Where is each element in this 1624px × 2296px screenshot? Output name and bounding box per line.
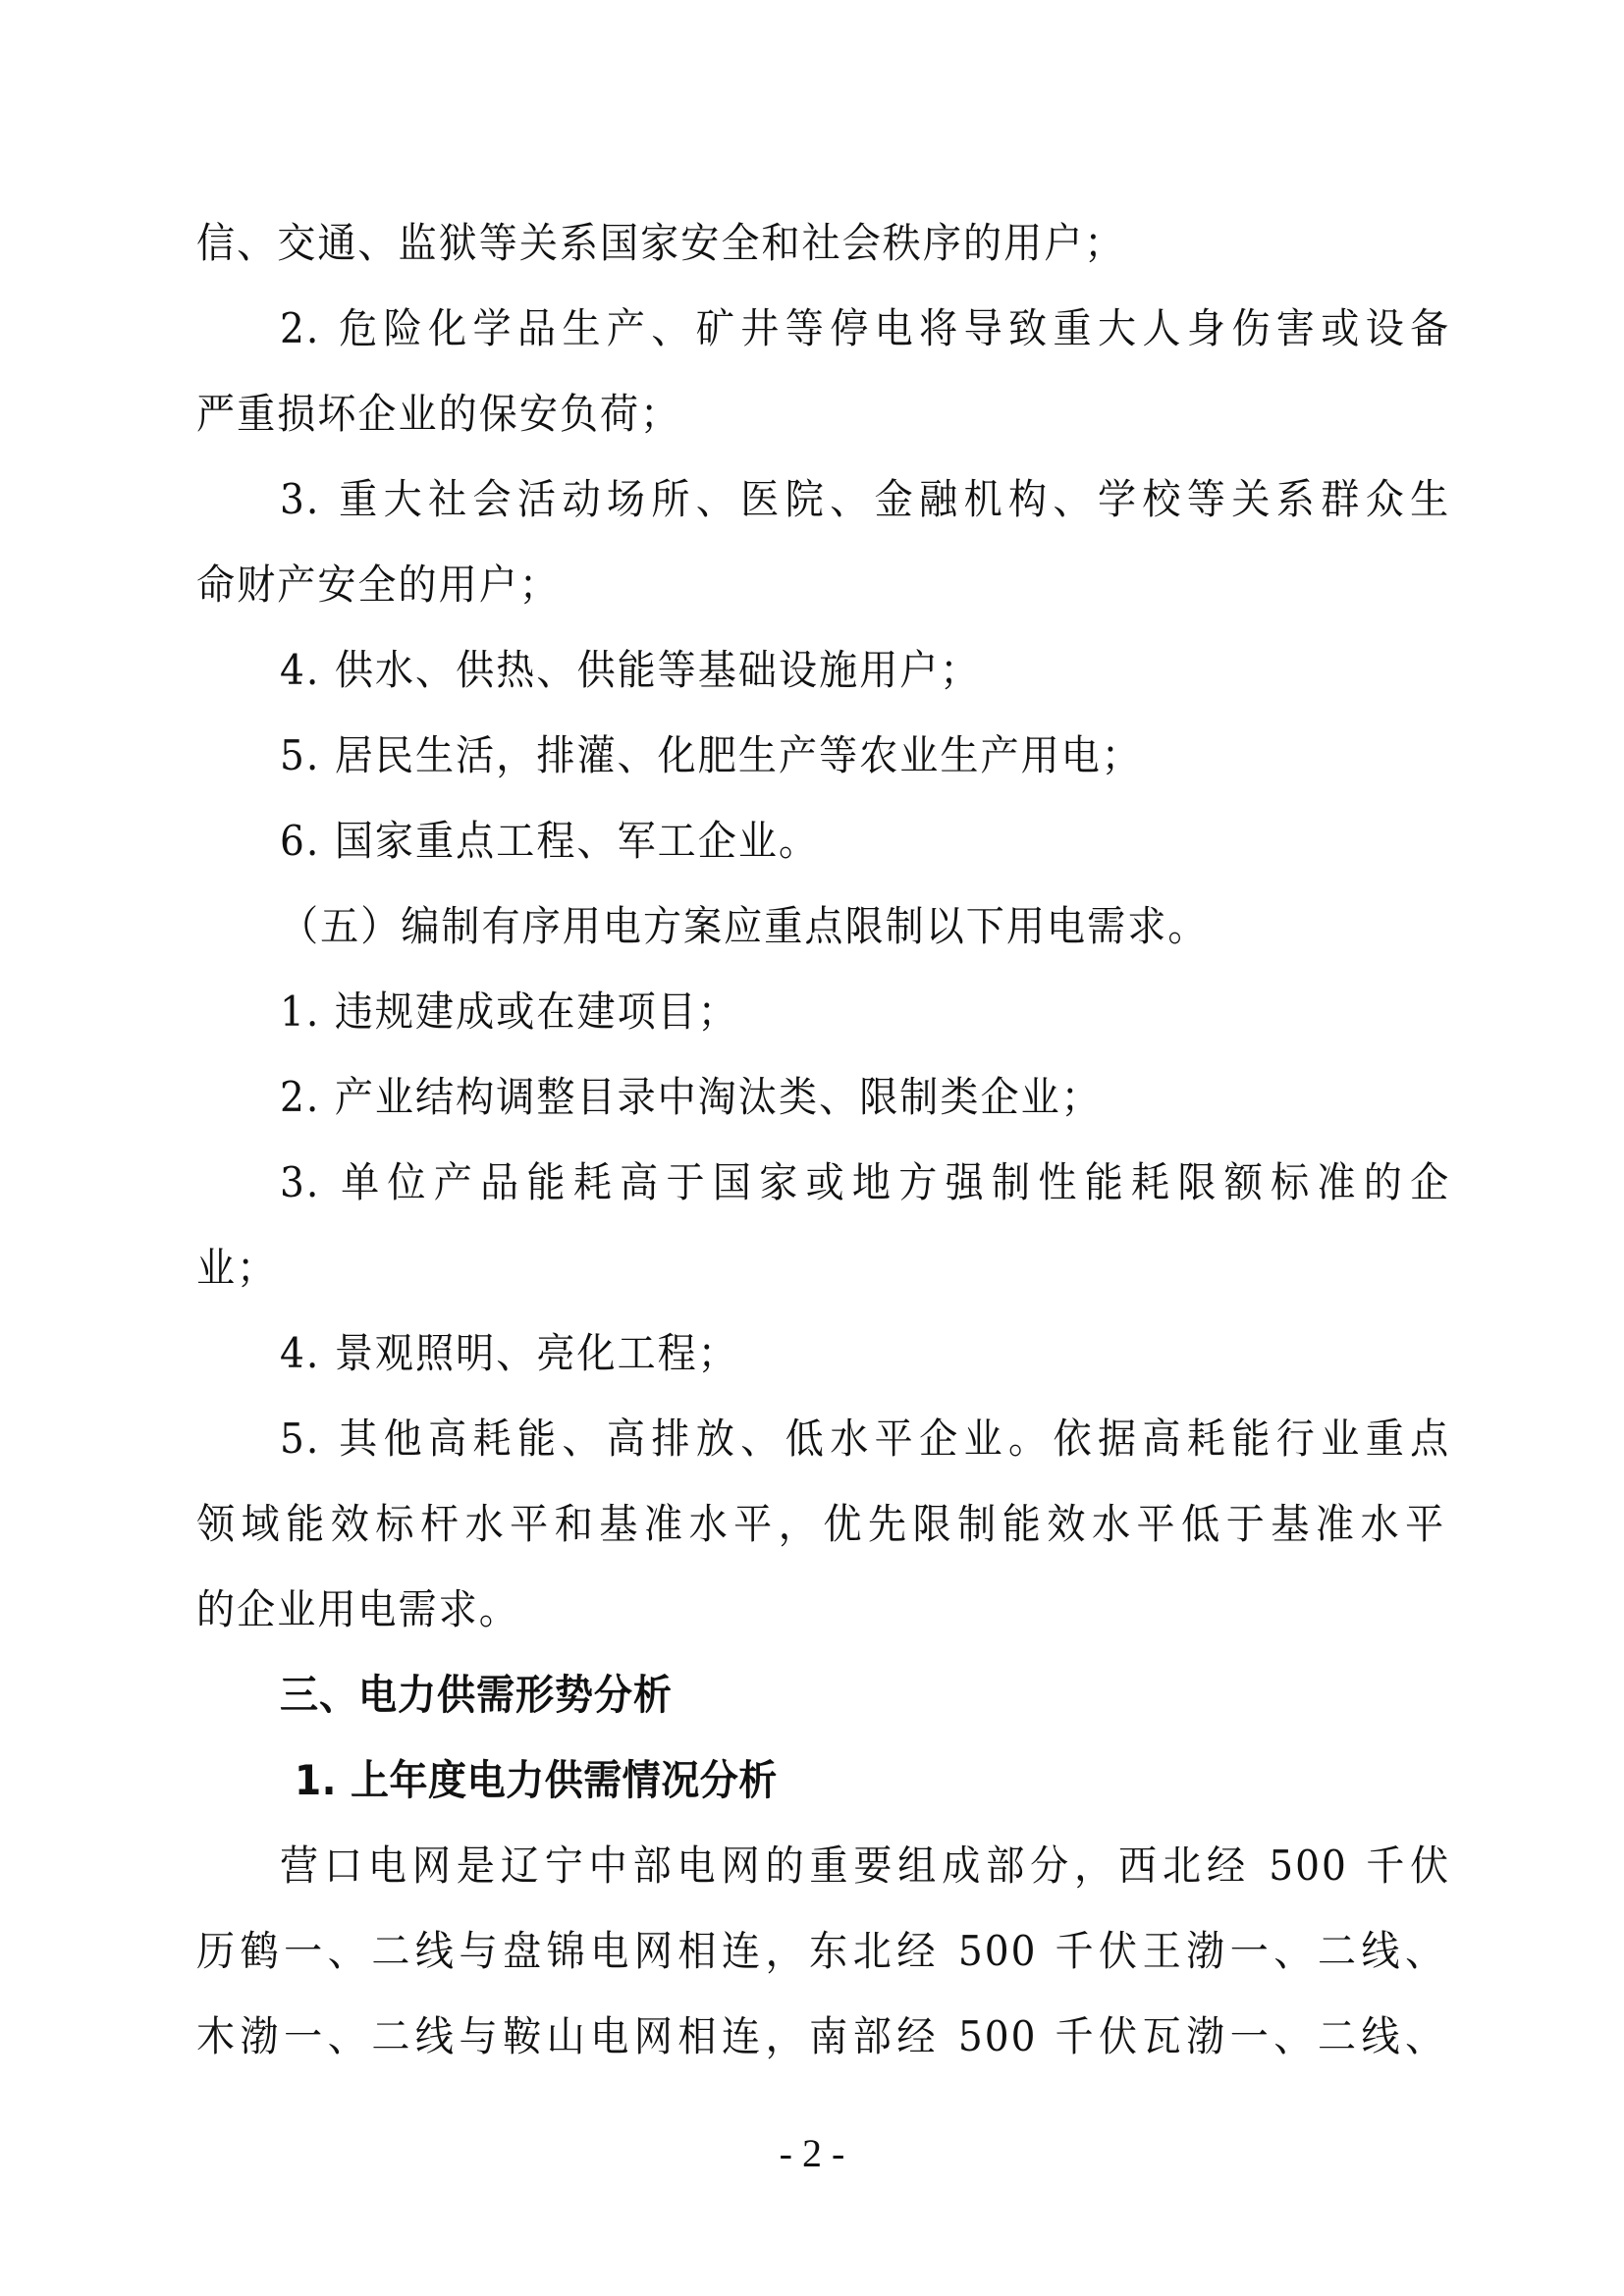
body-text-line: 严重损坏企业的保安负荷； <box>196 389 1356 440</box>
document-page: 信、交通、监狱等关系国家安全和社会秩序的用户； 2. 危险化学品生产、矿井等停电… <box>0 0 1624 2296</box>
list-item-2: 2. 危险化学品生产、矿井等停电将导致重大人身伤害或设备 <box>280 303 1450 354</box>
body-text-line: 命财产安全的用户； <box>196 560 1356 611</box>
restrict-item-2: 2. 产业结构调整目录中淘汰类、限制类企业； <box>280 1072 1439 1123</box>
list-item-6: 6. 国家重点工程、军工企业。 <box>280 816 1439 867</box>
section-five-intro: （五）编制有序用电方案应重点限制以下用电需求。 <box>280 901 1439 952</box>
body-paragraph-line: 历鹤一、二线与盘锦电网相连，东北经 500 千伏王渤一、二线、 <box>196 1926 1445 1977</box>
body-text-line: 的企业用电需求。 <box>196 1584 1356 1635</box>
body-text-line: 信、交通、监狱等关系国家安全和社会秩序的用户； <box>196 218 1356 269</box>
page-number: - 2 - <box>0 2132 1624 2175</box>
restrict-item-4: 4. 景观照明、亮化工程； <box>280 1328 1439 1379</box>
body-paragraph-line: 营口电网是辽宁中部电网的重要组成部分，西北经 500 千伏 <box>280 1841 1450 1892</box>
body-text-line: 领域能效标杆水平和基准水平，优先限制能效水平低于基准水平 <box>196 1499 1445 1550</box>
section-heading-three: 三、电力供需形势分析 <box>280 1670 1439 1721</box>
list-item-3: 3. 重大社会活动场所、医院、金融机构、学校等关系群众生 <box>280 474 1450 525</box>
restrict-item-3: 3. 单位产品能耗高于国家或地方强制性能耗限额标准的企 <box>280 1157 1450 1208</box>
body-paragraph-line: 木渤一、二线与鞍山电网相连，南部经 500 千伏瓦渤一、二线、 <box>196 2011 1445 2062</box>
list-item-4: 4. 供水、供热、供能等基础设施用户； <box>280 645 1439 696</box>
restrict-item-5: 5. 其他高耗能、高排放、低水平企业。依据高耗能行业重点 <box>280 1414 1450 1465</box>
list-item-5: 5. 居民生活，排灌、化肥生产等农业生产用电； <box>280 730 1439 781</box>
restrict-item-1: 1. 违规建成或在建项目； <box>280 987 1439 1038</box>
body-text-line: 业； <box>196 1243 1356 1294</box>
subsection-heading-1: 1. 上年度电力供需情况分析 <box>295 1755 1454 1806</box>
